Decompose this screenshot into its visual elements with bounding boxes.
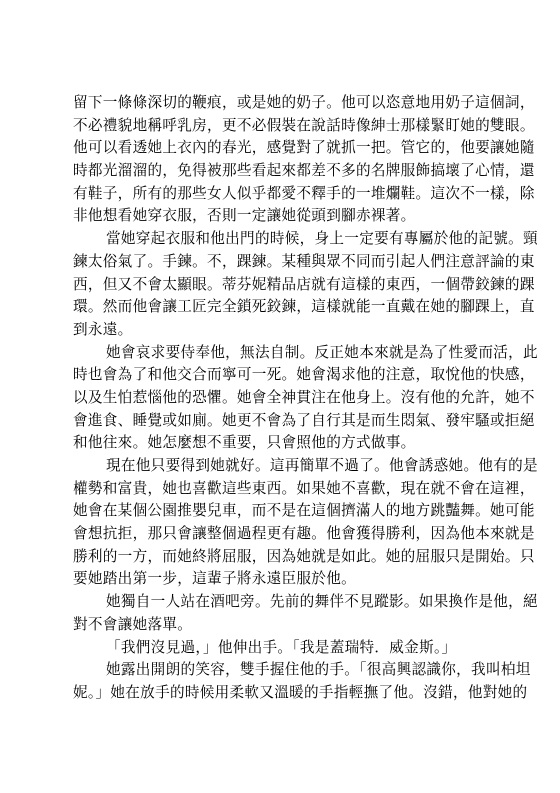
text-line: 會想抗拒，那只會讓整個過程更有趣。他會獲得勝利，因為他本來就是 [73, 523, 487, 546]
text-line: 留下一條條深切的鞭痕，或是她的奶子。他可以恣意地用奶子這個詞， [73, 92, 487, 115]
text-line: 以及生怕惹惱他的恐懼。她會全神貫注在他身上。沒有他的允許，她不 [73, 387, 487, 410]
text-line: 非他想看她穿衣服，否則一定讓她從頭到腳赤裸著。 [73, 205, 487, 228]
text-line: 勝利的一方，而她終將屈服，因為她就是如此。她的屈服只是開始。只 [73, 546, 487, 569]
document-page: 留下一條條深切的鞭痕，或是她的奶子。他可以恣意地用奶子這個詞， 不必禮貌地稱呼乳… [0, 0, 560, 793]
text-line: 對不會讓她落單。 [73, 614, 487, 637]
text-line: 會進食、睡覺或如廁。她更不會為了自行其是而生悶氣、發牢騷或拒絕 [73, 410, 487, 433]
text-line: 時都光溜溜的，免得被那些看起來都差不多的名牌服飾搞壞了心情，還 [73, 160, 487, 183]
text-line: 到永遠。 [73, 319, 487, 342]
text-line: 時也會為了和他交合而寧可一死。她會渴求他的注意，取悅他的快感， [73, 364, 487, 387]
text-line: 權勢和富貴，她也喜歡這些東西。如果她不喜歡，現在就不會在這裡， [73, 478, 487, 501]
text-line: 她獨自一人站在酒吧旁。先前的舞伴不見蹤影。如果換作是他，絕 [73, 591, 487, 614]
body-text: 留下一條條深切的鞭痕，或是她的奶子。他可以恣意地用奶子這個詞， 不必禮貌地稱呼乳… [73, 92, 487, 705]
text-line: 妮。」她在放手的時候用柔軟又溫暖的手指輕撫了他。沒錯，他對她的 [73, 682, 487, 705]
text-line: 環。然而他會讓工匠完全鎖死鉸鍊，這樣就能一直戴在她的腳踝上，直 [73, 296, 487, 319]
text-line: 她會哀求要侍奉他，無法自制。反正她本來就是為了性愛而活，此 [73, 342, 487, 365]
text-line: 她露出開朗的笑容，雙手握住他的手。「很高興認識你，我叫柏坦 [73, 659, 487, 682]
text-line: 他可以看透她上衣內的春光，感覺對了就抓一把。管它的，他要讓她隨 [73, 137, 487, 160]
text-line: 「我們沒見過，」他伸出手。「我是蓋瑞特．威金斯。」 [73, 637, 487, 660]
text-line: 不必禮貌地稱呼乳房，更不必假裝在說話時像紳士那樣緊盯她的雙眼。 [73, 115, 487, 138]
text-line: 現在他只要得到她就好。這再簡單不過了。他會誘惑她。他有的是 [73, 455, 487, 478]
text-line: 要她踏出第一步，這輩子將永遠臣服於他。 [73, 568, 487, 591]
text-line: 有鞋子，所有的那些女人似乎都愛不釋手的一堆爛鞋。這次不一樣，除 [73, 183, 487, 206]
text-line: 鍊太俗氣了。手鍊。不，踝鍊。某種與眾不同而引起人們注意評論的東 [73, 251, 487, 274]
text-line: 和他往來。她怎麼想不重要，只會照他的方式做事。 [73, 432, 487, 455]
text-line: 當她穿起衣服和他出門的時候，身上一定要有專屬於他的記號。頸 [73, 228, 487, 251]
text-line: 她會在某個公園推嬰兒車，而不是在這個擠滿人的地方跳豔舞。她可能 [73, 500, 487, 523]
text-line: 西，但又不會太顯眼。蒂芬妮精品店就有這樣的東西，一個帶鉸鍊的踝 [73, 274, 487, 297]
